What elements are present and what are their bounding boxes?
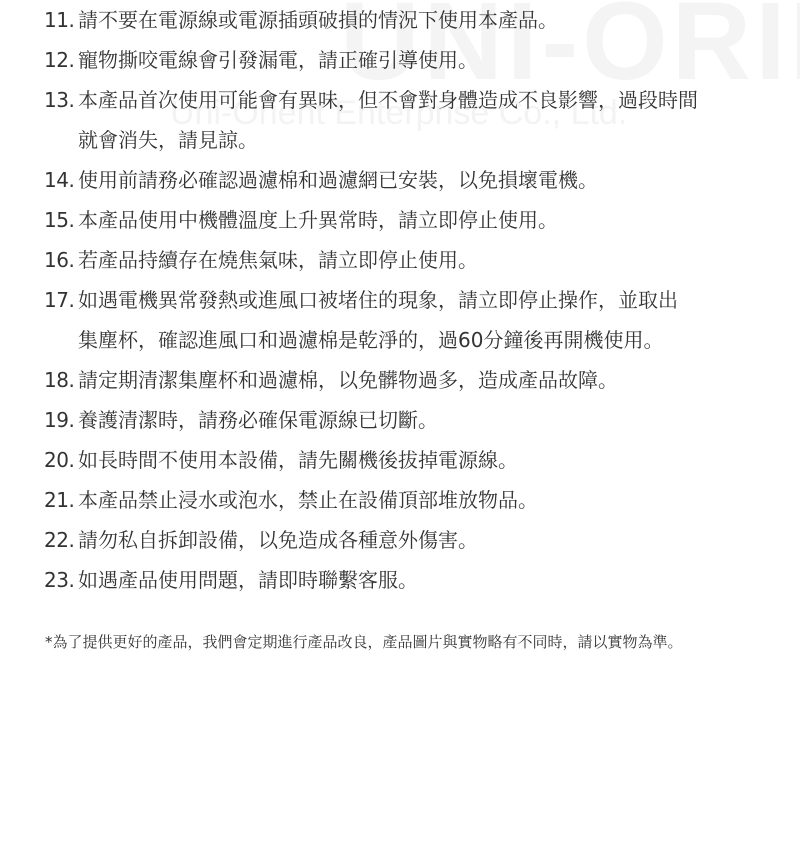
notice-number: 18. [44, 360, 78, 400]
notice-item-17: 17. 如遇電機異常發熱或進風口被堵住的現象，請立即停止操作，並取出集塵杯，確認… [44, 280, 764, 360]
notice-item-15: 15. 本產品使用中機體溫度上升異常時，請立即停止使用。 [44, 200, 764, 240]
notice-number: 14. [44, 160, 78, 200]
notice-text: 寵物撕咬電線會引發漏電，請正確引導使用。 [78, 40, 764, 80]
notice-text: 如長時間不使用本設備，請先關機後拔掉電源線。 [78, 440, 764, 480]
disclaimer-footnote: *為了提供更好的產品，我們會定期進行產品改良，產品圖片與實物略有不同時，請以實物… [45, 631, 683, 653]
notice-text: 請勿私自拆卸設備，以免造成各種意外傷害。 [78, 520, 764, 560]
notice-text: 若產品持續存在燒焦氣味，請立即停止使用。 [78, 240, 764, 280]
notice-text: 請不要在電源線或電源插頭破損的情況下使用本產品。 [78, 0, 764, 40]
notice-number: 16. [44, 240, 78, 280]
notice-text: 如遇產品使用問題，請即時聯繫客服。 [78, 560, 764, 600]
notice-number: 12. [44, 40, 78, 80]
notice-number: 19. [44, 400, 78, 440]
notice-number: 13. [44, 80, 78, 160]
notice-text: 養護清潔時，請務必確保電源線已切斷。 [78, 400, 764, 440]
notice-number: 23. [44, 560, 78, 600]
notice-number: 15. [44, 200, 78, 240]
notice-text: 如遇電機異常發熱或進風口被堵住的現象，請立即停止操作，並取出集塵杯，確認進風口和… [78, 280, 764, 360]
notice-text: 使用前請務必確認過濾棉和過濾網已安裝，以免損壞電機。 [78, 160, 764, 200]
notice-item-12: 12. 寵物撕咬電線會引發漏電，請正確引導使用。 [44, 40, 764, 80]
notice-text: 本產品首次使用可能會有異味，但不會對身體造成不良影響，過段時間就會消失，請見諒。 [78, 80, 764, 160]
notice-item-21: 21. 本產品禁止浸水或泡水，禁止在設備頂部堆放物品。 [44, 480, 764, 520]
notice-item-19: 19. 養護清潔時，請務必確保電源線已切斷。 [44, 400, 764, 440]
notice-number: 17. [44, 280, 78, 360]
notice-number: 22. [44, 520, 78, 560]
notice-item-14: 14. 使用前請務必確認過濾棉和過濾網已安裝，以免損壞電機。 [44, 160, 764, 200]
notice-text: 本產品使用中機體溫度上升異常時，請立即停止使用。 [78, 200, 764, 240]
notice-number: 20. [44, 440, 78, 480]
notice-item-23: 23. 如遇產品使用問題，請即時聯繫客服。 [44, 560, 764, 600]
notice-item-20: 20. 如長時間不使用本設備，請先關機後拔掉電源線。 [44, 440, 764, 480]
notice-item-22: 22. 請勿私自拆卸設備，以免造成各種意外傷害。 [44, 520, 764, 560]
notice-item-13: 13. 本產品首次使用可能會有異味，但不會對身體造成不良影響，過段時間就會消失，… [44, 80, 764, 160]
notice-number: 21. [44, 480, 78, 520]
notice-text: 請定期清潔集塵杯和過濾棉，以免髒物過多，造成產品故障。 [78, 360, 764, 400]
notice-item-11: 11. 請不要在電源線或電源插頭破損的情況下使用本產品。 [44, 0, 764, 40]
notice-number: 11. [44, 0, 78, 40]
safety-notice-list: 11. 請不要在電源線或電源插頭破損的情況下使用本產品。 12. 寵物撕咬電線會… [44, 0, 764, 600]
notice-item-16: 16. 若產品持續存在燒焦氣味，請立即停止使用。 [44, 240, 764, 280]
notice-text: 本產品禁止浸水或泡水，禁止在設備頂部堆放物品。 [78, 480, 764, 520]
notice-item-18: 18. 請定期清潔集塵杯和過濾棉，以免髒物過多，造成產品故障。 [44, 360, 764, 400]
